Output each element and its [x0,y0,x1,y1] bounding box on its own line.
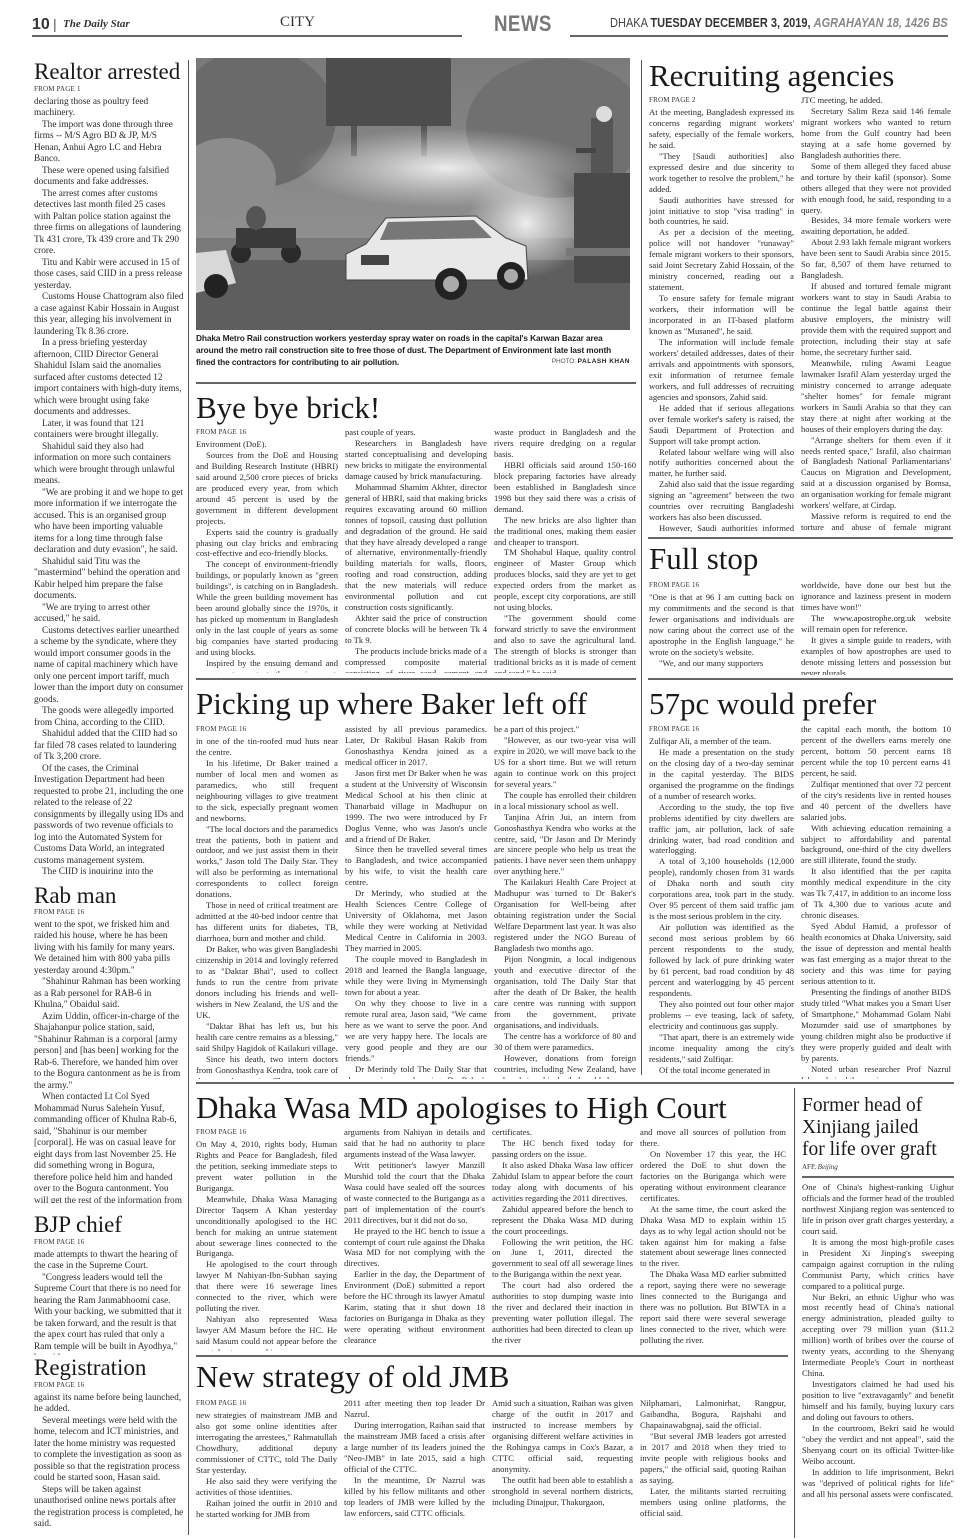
paragraph: To ensure safety for female migrant work… [649,293,794,337]
paragraph: Since then he travelled several times to… [345,844,487,888]
article-jmb-col2: 2011 after meeting then top leader Dr Na… [344,1398,485,1530]
page-number: 10 [32,16,50,34]
paragraph: Tanjina Afrin Jui, an intern from Gonosh… [494,812,636,878]
from-page-label: FROM PAGE 1 [34,84,184,96]
paragraph: The CIID is inquiring into the remaining… [34,867,184,874]
paragraph: In the courtroom, Bekri said he would "o… [802,1423,954,1467]
from-page-label: FROM PAGE 16 [34,907,184,919]
section-divider [196,382,636,384]
article-jmb-col1: FROM PAGE 16 new strategies of mainstrea… [196,1398,337,1530]
paragraph: "We are probing it and we hope to get mo… [34,488,184,557]
paragraph: "The government should come forward stri… [494,613,636,673]
paragraph: Saudi authorities have stressed for join… [649,195,794,228]
article-bye-bye-brick-col1: FROM PAGE 16 Environment (DoE). Sources … [196,427,338,673]
paragraph: Several meetings were held with the home… [34,1416,184,1485]
paragraph: Zahidul appeared before the bench to rep… [492,1204,633,1237]
paragraph: Amid such a situation, Raihan was given … [492,1398,633,1475]
article-xinjiang: One of China's highest-ranking Uighur of… [802,1182,954,1532]
article-bjp-chief: FROM PAGE 16 made attempts to thwart the… [34,1237,184,1355]
paragraph: He also said they were verifying the act… [196,1476,337,1498]
paragraph: JTC meeting, he added. [801,95,951,106]
paragraph: Shahidul said Titu was the "mastermind" … [34,557,184,603]
paragraph: "Congress leaders would tell the Supreme… [34,1273,184,1356]
paragraph: Environment (DoE). [196,439,338,450]
column-divider [641,60,642,1075]
photo-illustration [196,58,630,330]
paragraph: On November 17 this year, the HC ordered… [640,1149,786,1204]
column-divider [188,60,189,1535]
photo-credit: PHOTO: PALASH KHAN [552,356,630,368]
paragraph: "We are trying to arrest other accused,"… [34,603,184,626]
page-masthead: 10 | The Daily Star CITY NEWS DHAKA TUES… [32,0,948,40]
paragraph: They also pointed out four other major p… [649,999,794,1032]
paragraph: Besides, 34 more female workers were awa… [801,215,951,237]
paragraph: However, Saudi authorities informed that… [649,523,794,533]
paragraph: "Shahinur Rahman has been working as a R… [34,977,184,1012]
paragraph: In addition to life imprisonment, Bekri … [802,1467,954,1500]
paragraph: Steps will be taken against unauthorised… [34,1485,184,1531]
paragraph: The court had also ordered the authoriti… [492,1280,633,1346]
article-baker-col3: be a part of this project." "However, as… [494,724,636,1079]
paragraph: Experts said the country is gradually ph… [196,527,338,560]
paragraph: Mohammad Shamim Akhter, director general… [345,482,487,613]
paragraph: Akhter said the price of construction of… [345,613,487,646]
paragraph: Inspired by the ensuing demand and an ur… [196,658,338,673]
paragraph: Azim Uddin, officer-in-charge of the Sha… [34,1012,184,1093]
masthead-rule-left [32,35,462,37]
section-divider [648,678,953,680]
from-page-label: FROM PAGE 16 [196,1398,337,1409]
article-bye-bye-brick-col3: waste product in Bangladesh and the rive… [494,427,636,673]
photo-caption: Dhaka Metro Rail construction workers ye… [196,332,630,368]
article-wasa-col3: certificates. The HC bench fixed today f… [492,1127,633,1351]
paragraph: Later, the militants started recruiting … [640,1486,786,1519]
paragraph: new strategies of mainstream JMB and als… [196,1410,337,1476]
paragraph: Nilphamari, Lalmonirhat, Rangpur, Gaiban… [640,1398,786,1431]
article-57pc-col1: FROM PAGE 16 Zulfiqar Ali, a member of t… [649,724,794,1079]
paragraph: "The local doctors and the paramedics tr… [196,824,338,901]
paragraph: assisted by all previous paramedics. Lat… [345,724,487,768]
paragraph: The goods were allegedly imported from C… [34,706,184,729]
news-photo [196,58,630,330]
from-page-label: FROM PAGE 16 [196,1127,337,1138]
paragraph: "We, and our many supporters [649,658,794,669]
headline-line: Former head of [802,1095,937,1117]
paragraph: About 2.93 lakh female migrant workers h… [801,237,951,281]
headline-line: Xinjiang jailed [802,1117,937,1139]
credit-name: PALASH KHAN [578,358,630,365]
paragraph: "That apart, there is an extremely wide … [649,1032,794,1065]
paragraph: If abused and tortured female migrant wo… [801,281,951,358]
dateline-city: DHAKA [610,16,647,30]
paragraph: The outfit had been able to establish a … [492,1475,633,1508]
headline-xinjiang: Former head of Xinjiang jailed for life … [802,1095,937,1161]
byline-rule [802,1176,954,1178]
headline-line: for life over graft [802,1139,937,1161]
credit-label: PHOTO: [552,358,576,365]
paragraph: Since his death, two intern doctors from… [196,1054,338,1079]
from-page-label: FROM PAGE 16 [34,1237,184,1249]
paragraph: On why they choose to live in a remote r… [345,998,487,1064]
article-registration: FROM PAGE 16 against its name before bei… [34,1380,184,1530]
paragraph: A total of 3,100 households (12,000 peop… [649,856,794,922]
paragraph: "Arrange shelters for them even if it ne… [801,435,951,512]
masthead-rule-right [570,35,948,37]
paragraph: The information will include female work… [649,337,794,403]
paragraph: It is among the most high-profile cases … [802,1237,954,1292]
paragraph: in one of the tin-roofed mud huts near t… [196,736,338,758]
article-wasa-col2: arguments from Nahiyan in details and sa… [344,1127,485,1351]
paragraph: and move all sources of pollution from t… [640,1127,786,1149]
paragraph: The import was done through three firms … [34,120,184,166]
paragraph: He added that if serious allegations ove… [649,403,794,447]
paragraph: Dr Merindy told The Daily Star that she … [345,1064,487,1079]
paragraph: Earlier in the day, the Department of En… [344,1269,485,1346]
paragraph: It also asked Dhaka Wasa law officer Zah… [492,1160,633,1204]
paragraph: went to the spot, we frisked him and rai… [34,920,184,978]
article-jmb-col3: Amid such a situation, Raihan was given … [492,1398,633,1530]
paragraph: Presenting the findings of another BIDS … [801,987,951,1064]
paragraph: When contacted Lt Col Syed Mohammad Nuru… [34,1092,184,1203]
headline-full-stop: Full stop [649,543,758,574]
paragraph: HBRI officials said around 150-160 block… [494,460,636,515]
paragraph: Zulfiqar mentioned that over 72 percent … [801,779,951,823]
article-rab-man: FROM PAGE 16 went to the spot, we friske… [34,907,184,1203]
paragraph: arguments from Nahiyan in details and sa… [344,1127,485,1160]
paragraph: 2011 after meeting then top leader Dr Na… [344,1398,485,1420]
paragraph: At the meeting, Bangladesh expressed its… [649,107,794,151]
newspaper-logo: The Daily Star [63,18,130,30]
paragraph: In his lifetime, Dr Baker trained a numb… [196,758,338,824]
paragraph: Raihan joined the outfit in 2010 and he … [196,1498,337,1520]
byline: AFP, Beijing [802,1163,838,1171]
paragraph: The Kailakuri Health Care Project at Mad… [494,877,636,954]
article-jmb-col4: Nilphamari, Lalmonirhat, Rangpur, Gaiban… [640,1398,786,1530]
section-divider [196,678,636,680]
paragraph: Syed Abdul Hamid, a professor of health … [801,921,951,987]
paragraph: The products include bricks made of a co… [345,646,487,673]
paragraph: worldwide, have done our best but the ig… [801,580,951,613]
paragraph: declaring those as poultry feed machiner… [34,97,184,120]
paragraph: Pijon Nongmin, a local indigenous youth … [494,954,636,1031]
paragraph: Shahidul said they also had information … [34,442,184,488]
paragraph: Zulfiqar Ali, a member of the team. [649,736,794,747]
byline-place: Beijing [818,1163,838,1171]
headline-bjp-chief: BJP chief [34,1213,122,1236]
paragraph: certificates. [492,1127,633,1138]
article-baker-col2: assisted by all previous paramedics. Lat… [345,724,487,1079]
from-page-label: FROM PAGE 16 [649,724,794,735]
paragraph: The couple moved to Bangladesh in 2018 a… [345,954,487,998]
paragraph: Nur Bekri, an ethnic Uighur who was most… [802,1292,954,1380]
paragraph: Following the writ petition, the HC on J… [492,1237,633,1281]
paragraph: It also identified that the per capita m… [801,866,951,921]
paragraph: "However, as our two-year visa will expi… [494,735,636,790]
paragraph: against its name before being launched, … [34,1393,184,1416]
paragraph: Of the total income generated in [649,1065,794,1076]
paragraph: Meanwhile, Dhaka Wasa Managing Director … [196,1194,337,1260]
from-page-label: FROM PAGE 16 [34,1380,184,1392]
from-page-label: FROM PAGE 16 [196,427,338,438]
paragraph: He made a presentation on the study on t… [649,747,794,802]
paragraph: Secretary Salim Reza said 146 female mig… [801,106,951,161]
dateline-bangla-date: AGRAHAYAN 18, 1426 BS [814,16,948,30]
paragraph: With achieving education remaining a sub… [801,823,951,867]
paragraph: At the same time, the court asked the Dh… [640,1204,786,1270]
paragraph: "They [Saudi authorities] also expressed… [649,151,794,195]
paragraph: The concept of environment-friendly buil… [196,559,338,658]
article-realtor-arrested: FROM PAGE 1 declaring those as poultry f… [34,84,184,874]
paragraph: be a part of this project." [494,724,636,735]
caption-text: Dhaka Metro Rail construction workers ye… [196,333,611,367]
section-divider [196,1355,788,1357]
byline-agency: AFP, [802,1163,816,1171]
paragraph: Meanwhile, ruling Awami League lawmaker … [801,358,951,435]
paragraph: Noted urban researcher Prof Nazrul Islam… [801,1064,951,1079]
paragraph: The HC bench fixed today for passing ord… [492,1138,633,1160]
article-recruiting-agencies-col1: FROM PAGE 2 At the meeting, Bangladesh e… [649,95,794,533]
paragraph: The couple has enrolled their children i… [494,790,636,812]
masthead-separator: | [53,16,57,32]
paragraph: Customs House Chattogram also filed a ca… [34,292,184,338]
headline-registration: Registration [34,1356,146,1379]
article-wasa-col1: FROM PAGE 16 On May 4, 2010, rights body… [196,1127,337,1351]
article-full-stop-col2: worldwide, have done our best but the ig… [801,580,951,675]
from-page-label: FROM PAGE 16 [649,580,794,591]
paragraph: These were opened using falsified docume… [34,166,184,189]
paragraph: Dr Baker, who was given Bangladeshi citi… [196,944,338,1021]
paragraph: TM Shohabul Haque, quality control engin… [494,547,636,613]
paragraph: On May 4, 2010, rights body, Human Right… [196,1139,337,1194]
paragraph: Jason first met Dr Baker when he was a s… [345,768,487,845]
paragraph: Related labour welfare wing will also no… [649,447,794,480]
from-page-label: FROM PAGE 16 [196,724,338,735]
paragraph: made attempts to thwart the hearing of t… [34,1250,184,1273]
from-page-label: FROM PAGE 2 [649,95,794,106]
dateline-date: TUESDAY DECEMBER 3, 2019, [651,16,811,30]
paragraph: Of the cases, the Criminal Investigation… [34,764,184,868]
paragraph: Customs detectives earlier unearthed a s… [34,626,184,707]
article-bye-bye-brick-col2: past couple of years. Researchers in Ban… [345,427,487,673]
headline-new-strategy-of-old-jmb: New strategy of old JMB [196,1361,509,1392]
paragraph: However, donations from foreign countrie… [494,1053,636,1079]
section-divider [648,537,953,539]
paragraph: During interrogation, Raihan said that t… [344,1420,485,1475]
paragraph: Some of them alleged they faced abuse an… [801,161,951,216]
paragraph: Nahiyan also represented Wasa lawyer AM … [196,1314,337,1351]
paragraph: Titu and Kabir were accused in 15 of tho… [34,258,184,293]
headline-dhaka-wasa-md: Dhaka Wasa MD apologises to High Court [196,1092,727,1123]
paragraph: Air pollution was identified as the seco… [649,922,794,999]
section-divider [196,1082,954,1084]
article-recruiting-agencies-col2: JTC meeting, he added. Secretary Salim R… [801,95,951,533]
headline-rab-man: Rab man [34,884,116,907]
paragraph: It gives a simple guide to readers, with… [801,635,951,675]
paragraph: "Daktar Bhai has left us, but his health… [196,1021,338,1054]
paragraph: Later, it was found that 121 containers … [34,419,184,442]
paragraph: Zahid also said that the issue regarding… [649,479,794,523]
paragraph: The centre has a workforce of 80 and 30 … [494,1031,636,1053]
headline-picking-up-where-baker-left-off: Picking up where Baker left off [196,688,587,719]
category-label: NEWS [494,11,552,37]
paragraph: As per a decision of the meeting, police… [649,227,794,293]
headline-57pc-would-prefer: 57pc would prefer [649,688,876,719]
headline-realtor-arrested: Realtor arrested [34,60,180,83]
paragraph: Massive reform is required to end the to… [801,511,951,533]
paragraph: The www.apostrophe.org.uk website will r… [801,613,951,635]
paragraph: Sources from the DoE and Housing and Bui… [196,450,338,527]
paragraph: "One is that at 96 I am cutting back on … [649,592,794,658]
paragraph: past couple of years. [345,427,487,438]
paragraph: Dr Merindy, who studied at the Health Sc… [345,888,487,954]
paragraph: the capital each month, the bottom 10 pe… [801,724,951,779]
paragraph: The Dhaka Wasa MD earlier submitted a re… [640,1269,786,1346]
paragraph: He apologised to the court through lawye… [196,1259,337,1314]
issue-date: DHAKA TUESDAY DECEMBER 3, 2019, AGRAHAYA… [610,16,948,30]
paragraph: waste product in Bangladesh and the rive… [494,427,636,460]
paragraph: One of China's highest-ranking Uighur of… [802,1182,954,1237]
paragraph: Investigators claimed he had used his po… [802,1379,954,1423]
paragraph: Shahidul added that the CIID had so far … [34,729,184,764]
paragraph: "But several JMB leaders got arrested in… [640,1431,786,1486]
article-57pc-col2: the capital each month, the bottom 10 pe… [801,724,951,1079]
paragraph: In a press briefing yesterday afternoon,… [34,338,184,419]
paragraph: Researchers in Bangladesh have started c… [345,438,487,482]
paragraph: Those in need of critical treatment are … [196,900,338,944]
article-baker-col1: FROM PAGE 16 in one of the tin-roofed mu… [196,724,338,1079]
headline-bye-bye-brick: Bye bye brick! [196,392,380,423]
paragraph: According to the study, the top five pro… [649,802,794,857]
paragraph: The new bricks are also lighter than the… [494,515,636,548]
paragraph: Writ petitioner's lawyer Manzill Murshid… [344,1160,485,1226]
article-wasa-col4: and move all sources of pollution from t… [640,1127,786,1351]
section-label: CITY [280,14,315,31]
paragraph: He prayed to the HC bench to issue a con… [344,1226,485,1270]
paragraph: The arrest comes after customs detective… [34,189,184,258]
article-full-stop-col1: FROM PAGE 16 "One is that at 96 I am cut… [649,580,794,675]
column-divider [794,1088,795,1538]
headline-recruiting-agencies: Recruiting agencies [649,60,894,91]
paragraph: In the meantime, Dr Nazrul was killed by… [344,1475,485,1519]
